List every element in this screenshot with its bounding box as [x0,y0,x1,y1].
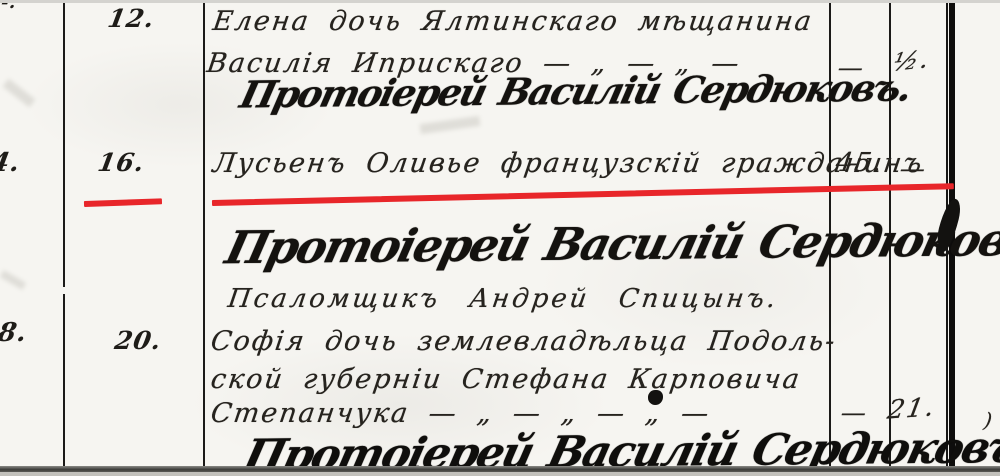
column-rule-left-margin [63,294,65,476]
entry-number: 20. [113,328,164,354]
scan-top-edge [0,0,1000,3]
column-rule-left-margin [63,0,65,287]
entry-age-value: 21. [885,394,938,425]
pencil-smudge [420,116,481,134]
entry-number: 12. [106,6,157,32]
entry-column-dash: — [898,156,929,182]
entry-text-line: Софія дочь землевладѣльца Подоль- [209,328,838,356]
margin-mark-low: 8. [0,320,30,347]
entry-column-dash: — [839,400,870,426]
highlight-underline-number [84,198,162,207]
register-scan-page: -. 4. 8. 12. Елена дочь Ялтинскаго мѣщан… [0,0,1000,476]
entry-text-line: ской губерніи Стефана Карповича [209,366,803,394]
scan-bottom-margin [0,472,1000,476]
pencil-smudge [0,270,26,290]
entry-text-line: Степанчука — „ — „ — „ — [209,400,712,428]
highlight-underline-text [212,183,954,206]
entry-number: 16. [96,150,147,176]
ink-blot [936,246,942,254]
entry-age-value: 45. [834,150,885,177]
pencil-smudge [3,79,36,108]
entry-text-line: Елена дочь Ялтинскаго мѣщанина [211,8,815,36]
clergy-signature: Протоіерей Василій Сердюковъ. [221,216,1000,272]
entry-text-line: Лусьенъ Оливье французскій гражданинъ [211,150,925,178]
psalmist-signature: Псаломщикъ Андрей Спицынъ. [226,286,780,313]
clergy-signature: Протоіерей Василій Сердюковъ. [237,69,915,115]
margin-mark-mid: 4. [0,150,23,177]
column-rule-number [203,0,205,476]
